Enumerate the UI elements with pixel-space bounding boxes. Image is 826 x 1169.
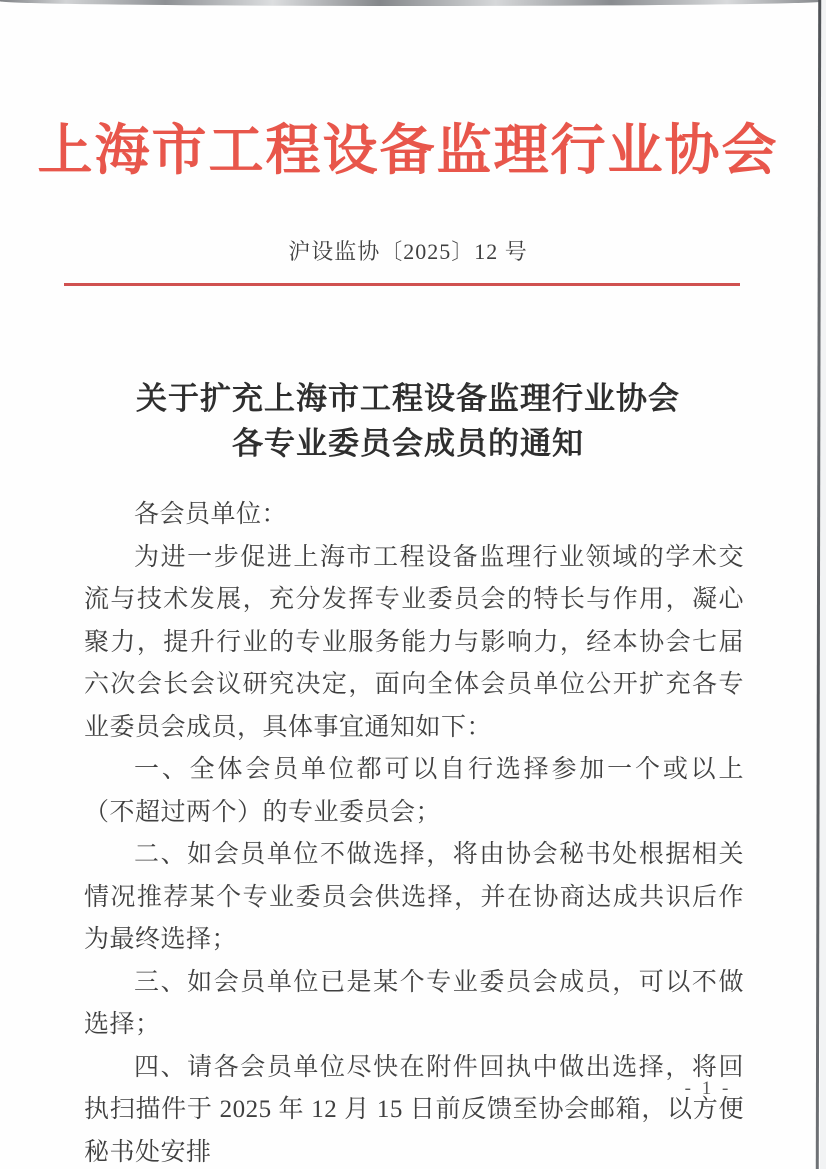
letterhead-org-name: 上海市工程设备监理行业协会 [0, 106, 816, 185]
paragraph-item-1: 一、全体会员单位都可以自行选择参加一个或以上（不超过两个）的专业委员会； [84, 749, 744, 834]
paragraph-item-4: 四、请各会员单位尽快在附件回执中做出选择，将回执扫描件于 2025 年 12 月… [84, 1047, 744, 1169]
scan-edge-top [0, 0, 826, 6]
letterhead-red-rule [64, 283, 740, 286]
doc-body: 各会员单位： 为进一步促进上海市工程设备监理行业领域的学术交流与技术发展，充分发… [84, 494, 744, 1169]
doc-title: 关于扩充上海市工程设备监理行业协会 各专业委员会成员的通知 [0, 376, 816, 466]
paragraph-item-3: 三、如会员单位已是某个专业委员会成员，可以不做选择； [84, 962, 744, 1047]
doc-number: 沪设监协〔2025〕12 号 [0, 235, 816, 266]
salutation: 各会员单位： [84, 494, 744, 537]
scan-margin-right [820, 0, 826, 1169]
doc-title-line1: 关于扩充上海市工程设备监理行业协会 [0, 376, 816, 421]
scanned-document-page: 上海市工程设备监理行业协会 沪设监协〔2025〕12 号 关于扩充上海市工程设备… [0, 0, 826, 1169]
doc-title-line2: 各专业委员会成员的通知 [0, 421, 816, 466]
paragraph-intro: 为进一步促进上海市工程设备监理行业领域的学术交流与技术发展，充分发挥专业委员会的… [84, 537, 744, 750]
paragraph-item-2: 二、如会员单位不做选择，将由协会秘书处根据相关情况推荐某个专业委员会供选择，并在… [84, 834, 744, 962]
page-number: - 1 - [648, 1078, 768, 1100]
